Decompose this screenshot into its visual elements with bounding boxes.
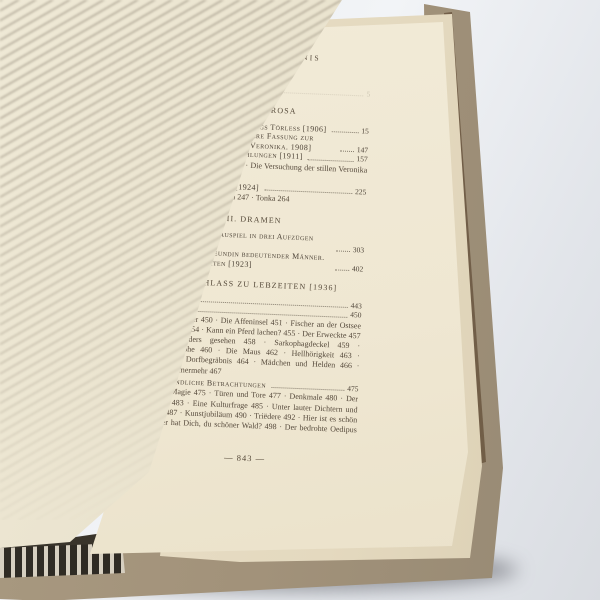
entry-page-number: 443 — [350, 301, 362, 311]
entry-page-number: 157 — [356, 154, 368, 164]
entry-page-number: 450 — [350, 310, 362, 320]
entry-page-number: 402 — [352, 264, 364, 274]
folio-page-number: — 843 — — [133, 450, 355, 468]
entry-page-number: 303 — [353, 245, 365, 255]
dot-leader — [271, 387, 344, 391]
dot-leader — [336, 251, 350, 253]
dot-leader — [308, 159, 354, 162]
entry-page-number: 147 — [357, 145, 369, 155]
dot-leader — [340, 150, 354, 152]
dot-leader — [331, 131, 358, 133]
entry-page-number: 15 — [361, 126, 369, 136]
entry-page-number: 475 — [347, 384, 359, 394]
dot-leader — [335, 270, 349, 272]
entry-page-number: 5 — [366, 89, 370, 99]
entry-page-number: 225 — [355, 187, 367, 197]
